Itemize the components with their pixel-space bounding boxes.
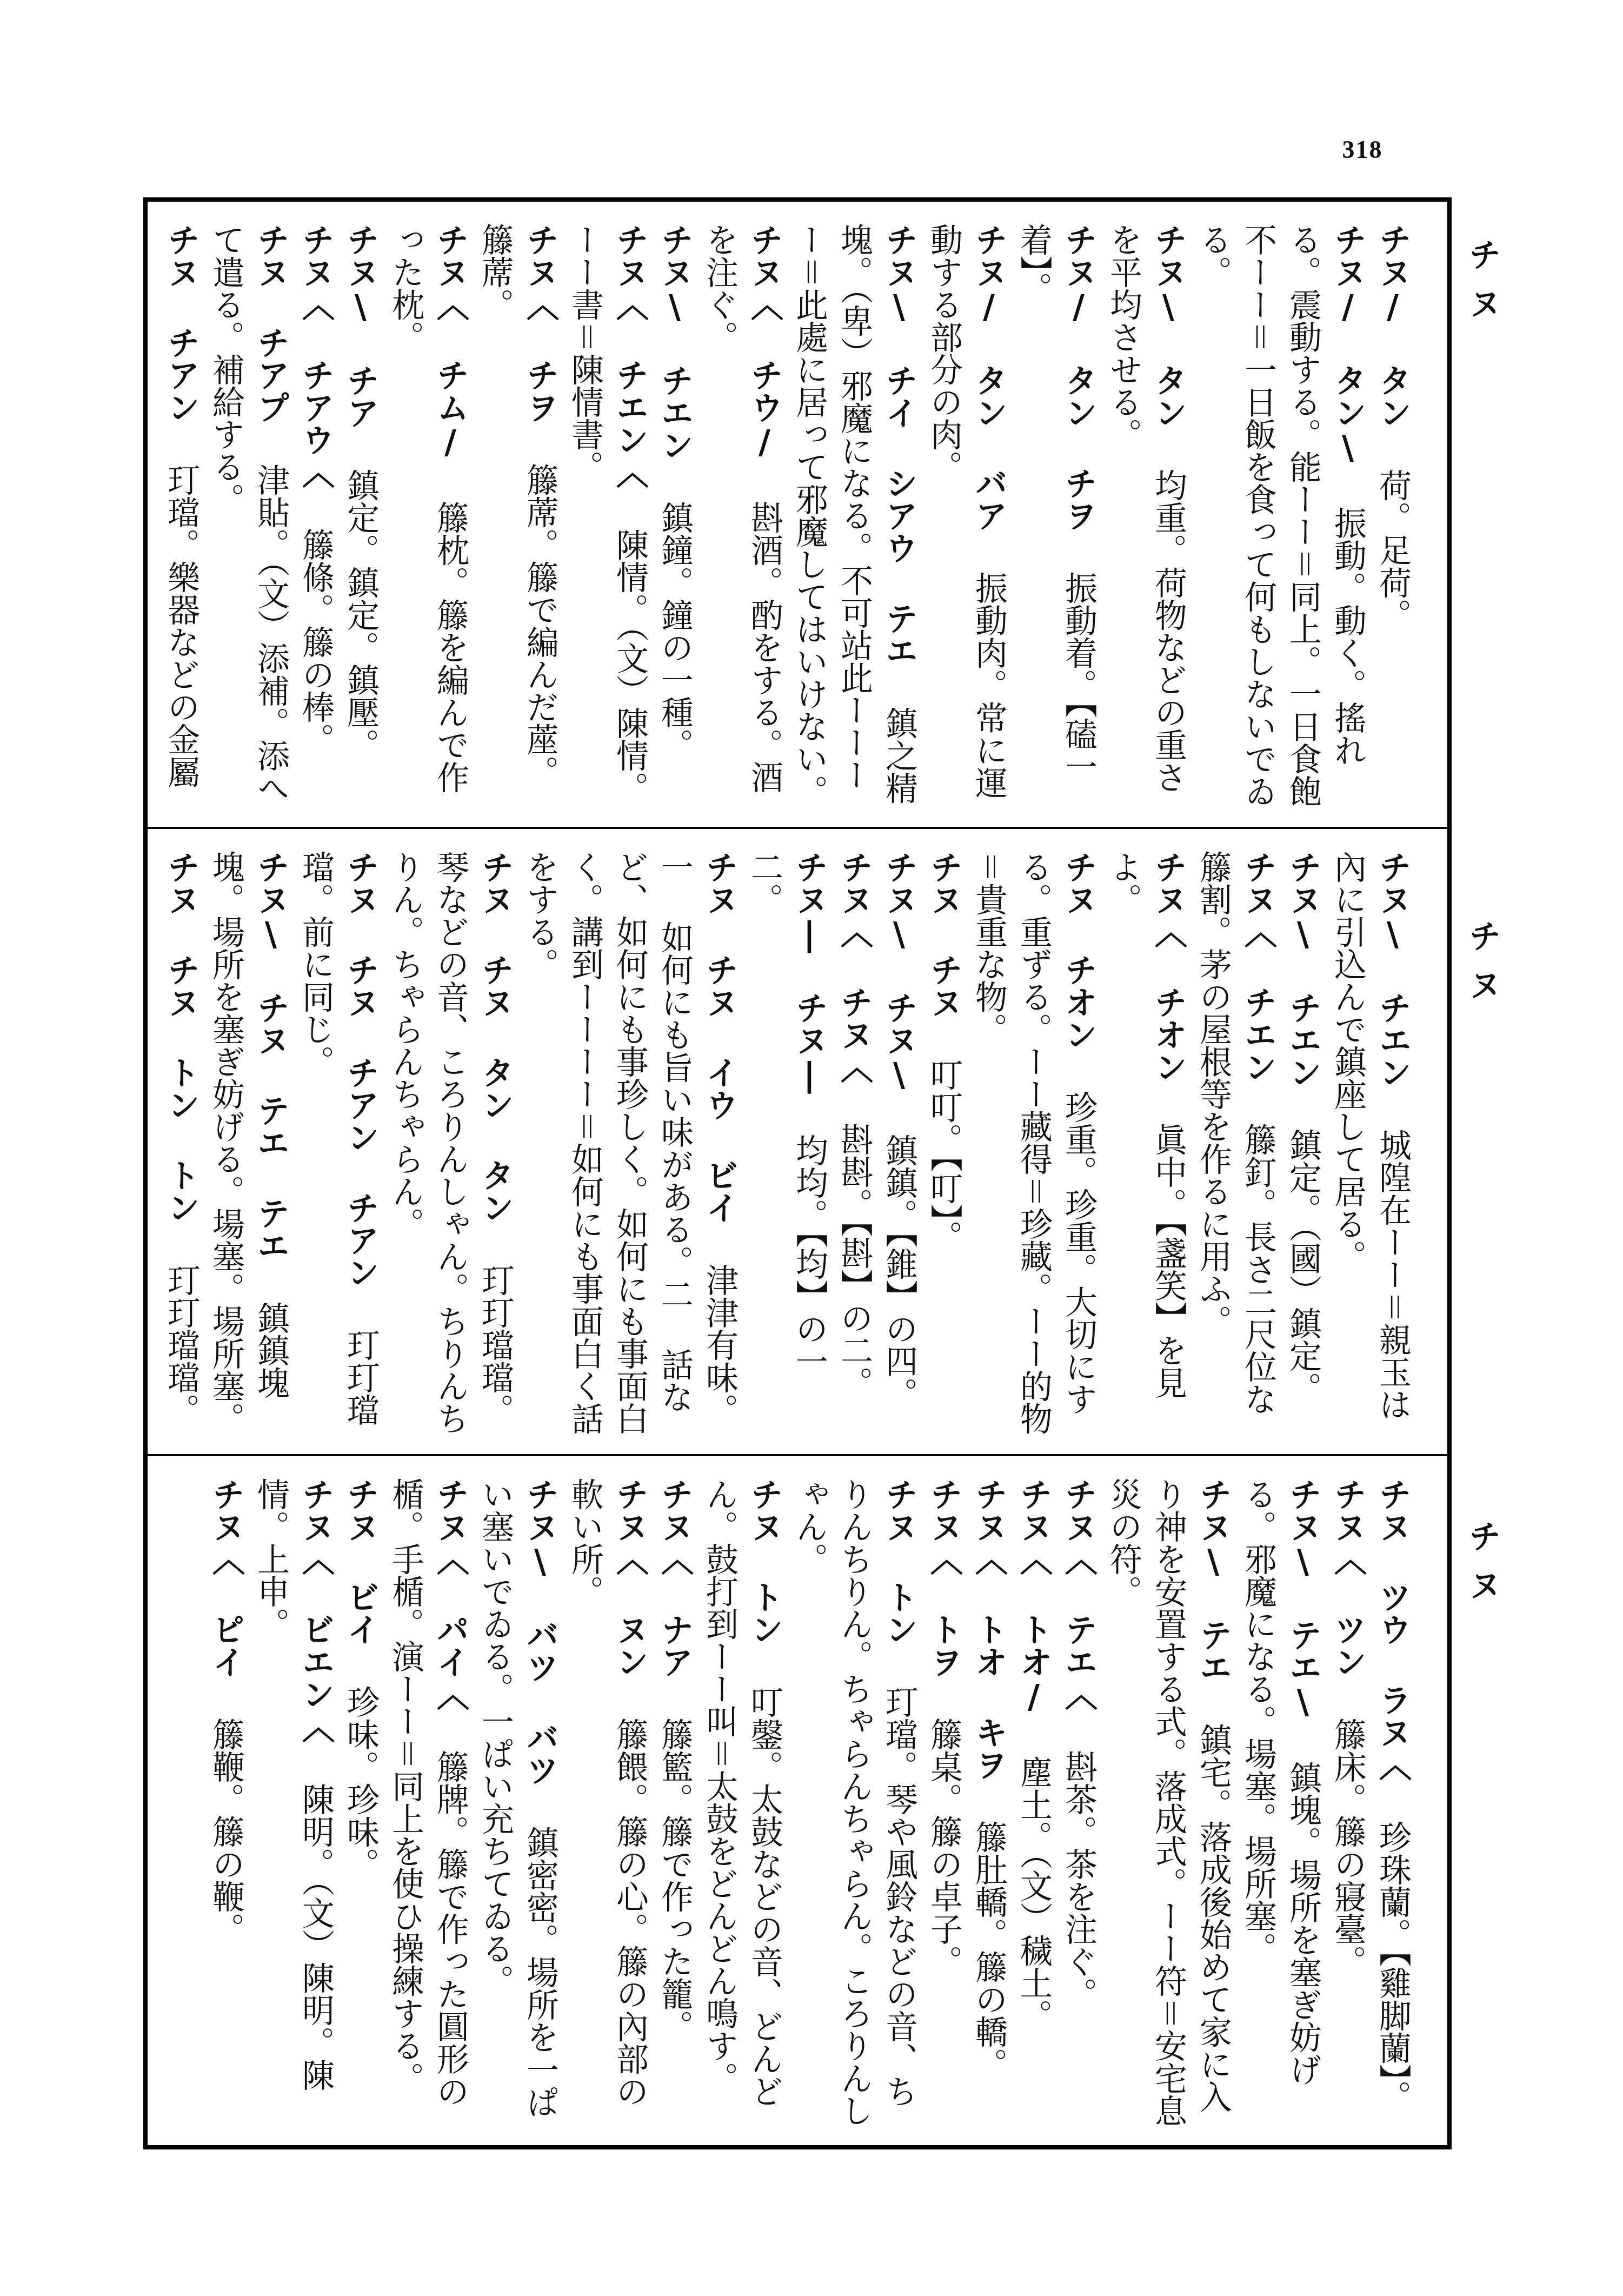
dictionary-entry: チヌ\ バツ バツ 鎮密密。場所を一ぱい塞いでゐる。一ぱい充ちてゐる。 [473,1478,562,2133]
entry-headword: チヌ〈 チエン [1239,851,1277,1083]
dictionary-entry: チヌ〈 チアウ〈 籐條。籐の棒。 [293,223,338,811]
dictionary-entry: チヌ〈 チエン〈 陳情。（文）陳情。ーー書＝陳情書。 [562,223,652,811]
entry-headword: チヌ〈 ツン [1329,1478,1367,1678]
entry-column-group: チヌ ツウ ラヌ〈 珍珠蘭。【雞脚蘭】。チヌ〈 ツン 籐床。籐の寢臺。チヌ\ テ… [169,1478,1415,2133]
entry-headword: チヌ ツウ ラヌ〈 [1374,1478,1412,1781]
entry-headword: チヌ/ タン バア [970,223,1008,532]
dictionary-entry: チヌ〈 チオン 眞中。【盞笑】を見よ。 [1101,851,1190,1438]
entry-definition: 珍味。珍味。 [342,1685,380,1880]
entry-definition: 塵土。（文）穢土。 [1015,1756,1053,2032]
dictionary-entry: チヌ〈 パイ〈 籐牌。籐で作った圓形の楯。手楯。演ーー＝同上を使ひ操練する。 [383,1478,473,2133]
entry-headword: チヌ チヌ [925,851,963,1018]
dictionary-entry: チヌ トン 叮鏧。太鼓などの音、どんどん。鼓打到ーー叫＝太鼓をどんどん鳴す。 [697,1478,787,2133]
margin-index-label: チヌ [1462,919,1506,1017]
entry-headword: チヌ\ チエン [1374,851,1412,1089]
margin-index-label: チヌ [1462,1519,1506,1617]
entry-definition: 籐肚轎。籐の轎。 [970,1821,1008,2080]
entry-headword: チヌ チアプ [252,223,290,423]
dictionary-entry: チヌ〈 ヌン 籐餵。籐の心。籐の內部の軟い所。 [562,1478,652,2133]
dictionary-entry: チヌ トン 玎璫。琴や風鈴などの音、ちりんちりん。ちゃらんちゃらん。ころりんしゃ… [787,1478,921,2133]
entry-definition: 籐鞭。籐の鞭。 [207,1718,245,1945]
entry-definition: 籐床。籐の寢臺。 [1329,1718,1367,1978]
entry-headword: チヌ〈 トヲ [925,1478,963,1678]
entry-definition: 叮叮。【叮】。 [925,1058,963,1253]
entry-headword: チヌ チヌ トン トン [169,851,200,1224]
entry-headword: チヌ\ バツ バツ [521,1478,559,1786]
entry-headword: チヌ\ チエン [1284,851,1322,1089]
entry-headword: チヌ\ チヌ テエ テエ [252,851,290,1262]
entry-headword: チヌ チオン [1060,851,1097,1051]
dictionary-entry: チヌ チヌ イウ ビイ 津津有味。一 如何にも旨い味がある。二 話など、如何にも… [517,851,742,1438]
entry-column-group: チヌ\ チエン 城隍在ーー＝親玉は內に引込んで鎮座して居る。チヌ\ チエン 鎮定… [169,851,1415,1438]
entry-definition: 斟茶。茶を注ぐ。 [1060,1750,1097,2010]
dictionary-entry: チヌ〈 チヲ 籐蓆。籐で編んだ蓙。籐蓆。 [473,223,562,811]
dictionary-entry: チヌ\ チエン 鎮定。（國）鎮定。 [1280,851,1325,1438]
entry-headword: チヌ〈 トオ キヲ [970,1478,1008,1781]
entry-headword: チヌ〈 ナア [656,1478,694,1678]
entry-definition: 籐條。籐の棒。 [297,528,335,755]
dictionary-entry: チヌ チヌ チアン チアン 玎玎璫璫。前に同じ。 [293,851,383,1438]
entry-headword: チヌ\ チエン [656,223,694,461]
dictionary-entry: チヌ チヌ 叮叮。【叮】。 [921,851,966,1438]
dictionary-entry: チヌ\ テエ\ 鎮塊。場所を塞ぎ妨げる。邪魔になる。場塞。場所塞。 [1235,1478,1325,2133]
dictionary-band-top: チヌ/ タン 荷。足荷。チヌ/ タン\ 振動。動く。搖れる。震動する。能ーー＝同… [148,202,1447,829]
dictionary-entry: チヌ\ チア 鎮定。鎮定。鎮壓。 [338,223,383,811]
dictionary-entry: チヌ〈 ナア 籐籃。籐で作った籠。 [652,1478,697,2133]
dictionary-entry: チヌ/ タン バア 振動肉。常に運動する部分の肉。 [921,223,1011,811]
dictionary-entry: チヌ\ チヌ テエ テエ 鎮鎮塊塊。場所を塞ぎ妨げる。場塞。場所塞。 [203,851,293,1438]
entry-headword: チヌ〈 チウ/ [746,223,783,461]
dictionary-entry: チヌ〈 テエ〈 斟茶。茶を注ぐ。 [1056,1478,1101,2133]
dictionary-entry: チヌ/ タン\ 振動。動く。搖れる。震動する。能ーー＝同上。一日食飽不ーー＝一日… [1190,223,1370,811]
dictionary-entry: チヌ〈 トヲ 籐桌。籐の卓子。 [921,1478,966,2133]
dictionary-entry: チヌ チオン 珍重。珍重。大切にする。重ずる。ーー藏得＝珍藏。ーー的物＝貴重な物… [966,851,1101,1438]
entry-headword: チヌ〈 チヌ〈 [835,851,873,1083]
dictionary-entry: チヌ チアプ 津貼。（文）添補。添へて遣る。補給する。 [203,223,293,811]
entry-headword: チヌ/ タン [1374,223,1412,429]
entry-headword: チヌ ビイ [342,1478,380,1645]
dictionary-entry: チヌ/ タン 荷。足荷。 [1370,223,1415,811]
dictionary-entry: チヌ\ テエ 鎮宅。落成後始めて家に入り神を安置する式。落成式。ーー符＝安宅息災… [1101,1478,1235,2133]
entry-headword: チヌ トン [880,1478,918,1645]
entry-headword: チヌ/ タン チヲ [1060,223,1097,532]
entry-headword: チヌ\ チヌ\ [880,851,918,1094]
entry-headword: チヌ〈 ピイ [207,1478,245,1678]
dictionary-entry: チヌ〈 ピイ 籐鞭。籐の鞭。 [203,1478,248,2133]
dictionary-entry: チヌ\ チヌ\ 鎮鎮。【錐】の四。 [876,851,921,1438]
entry-headword: チヌ〈 チエン〈 [611,223,649,488]
entry-definition: 籐桌。籐の卓子。 [925,1718,963,1978]
dictionary-entry: チヌ ビイ 珍味。珍味。 [338,1478,383,2133]
dictionary-frame: チヌ/ タン 荷。足荷。チヌ/ タン\ 振動。動く。搖れる。震動する。能ーー＝同… [143,197,1452,2149]
dictionary-entry: チヌ〈 ビエン〈 陳明。（文）陳明。陳情。上申。 [248,1478,338,2133]
entry-definition: 荷。足荷。 [1374,469,1412,631]
dictionary-entry: チヌ\ タン 均重。荷物などの重さを平均させる。 [1101,223,1190,811]
entry-definition: 鎮定。鎮定。鎮壓。 [342,469,380,761]
dictionary-entry: チヌ\ チエン 城隍在ーー＝親玉は內に引込んで鎮座して居る。 [1325,851,1415,1438]
entry-definition: 籐籃。籐で作った籠。 [656,1718,694,2042]
entry-headword: チヌ〈 チヲ [521,223,559,423]
entry-headword: チヌ/ タン\ [1329,223,1367,467]
dictionary-entry: チヌ〈 ツン 籐床。籐の寢臺。 [1325,1478,1370,2133]
entry-headword: チヌ〈 チオン [1149,851,1187,1083]
margin-index-label: チヌ [1462,238,1506,335]
dictionary-band-middle: チヌ\ チエン 城隍在ーー＝親玉は內に引込んで鎮座して居る。チヌ\ チエン 鎮定… [148,829,1447,1456]
entry-headword: チヌ〈 チム/ [431,223,469,461]
entry-headword: チヌ〈 チアウ〈 [297,223,335,488]
dictionary-entry: チヌ| チヌ| 均均。【均】の一二。 [742,851,832,1438]
entry-definition: 鎮定。（國）鎮定。 [1284,1129,1322,1404]
dictionary-entry: チヌ〈 チム/ 籐枕。籐を編んで作った枕。 [383,223,473,811]
dictionary-entry: チヌ〈 チヌ〈 斟斟。【斟】の二。 [832,851,876,1438]
entry-headword: チヌ チヌ タン タン [476,851,514,1224]
entry-headword: チヌ〈 ビエン〈 [297,1478,335,1743]
dictionary-entry: チヌ ツウ ラヌ〈 珍珠蘭。【雞脚蘭】。 [1370,1478,1415,2133]
dictionary-entry: チヌ〈 チウ/ 斟酒。酌をする。酒を注ぐ。 [697,223,787,811]
entry-definition: 鎮鎮。【錐】の四。 [880,1134,918,1410]
entry-headword: チヌ〈 パイ〈 [431,1478,469,1710]
entry-headword: チヌ\ テエ [1194,1478,1232,1683]
dictionary-entry: チヌ〈 チエン 籐釘。長さ二尺位な籐割。茅の屋根等を作るに用ふ。 [1190,851,1280,1438]
entry-headword: チヌ\ チア [342,223,380,429]
dictionary-entry: チヌ チヌ トン トン 玎玎璫璫。琴などの音、ころりんしゃん。ちりんちりん。ちゃ… [169,851,203,1438]
dictionary-entry: チヌ\ チエン 鎮鐘。鐘の一種。 [652,223,697,811]
dictionary-entry: チヌ/ タン チヲ 振動着。【磕一着】。 [1011,223,1101,811]
entry-headword: チヌ チヌ チアン チアン [342,851,380,1289]
entry-headword: チヌ\ タン [1149,223,1187,429]
entry-headword: チヌ\ テエ\ [1284,1478,1322,1721]
entry-headword: チヌ| チヌ| [790,851,828,1094]
dictionary-entry: チヌ〈 トオ キヲ 籐肚轎。籐の轎。 [966,1478,1011,2133]
entry-headword: チヌ〈 トオ/ [1015,1478,1053,1716]
entry-headword: チヌ\ チイ シアウ テエ [880,223,918,667]
entry-definition: 鎮鐘。鐘の一種。 [656,501,694,761]
entry-definition: 珍珠蘭。【雞脚蘭】。 [1374,1821,1412,2113]
entry-headword: チヌ トン [746,1478,783,1645]
entry-headword: チヌ チアン [169,223,200,423]
entry-headword: チヌ〈 ヌン [611,1478,649,1678]
dictionary-entry: チヌ チヌ タン タン 玎玎璫璫。琴などの音、ころりんしゃん。ちりんちりん。ちゃ… [383,851,517,1438]
dictionary-entry: チヌ チアン 玎璫。樂器などの金屬の相觸れる音。ちりんちりん。じゃんじゃん。 [169,223,203,811]
entry-column-group: チヌ/ タン 荷。足荷。チヌ/ タン\ 振動。動く。搖れる。震動する。能ーー＝同… [169,223,1415,811]
page-number: 318 [1319,135,1406,164]
entry-headword: チヌ〈 テエ〈 [1060,1478,1097,1710]
entry-definition: 斟斟。【斟】の二。 [835,1123,873,1399]
entry-headword: チヌ チヌ イウ ビイ [701,851,739,1224]
dictionary-entry: チヌ\ チイ シアウ テエ 鎮之精塊。（卑）邪魔になる。不可站此ーーーー＝此處に… [787,223,921,811]
dictionary-entry: チヌ〈 トオ/ 塵土。（文）穢土。 [1011,1478,1056,2133]
dictionary-band-bottom: チヌ ツウ ラヌ〈 珍珠蘭。【雞脚蘭】。チヌ〈 ツン 籐床。籐の寢臺。チヌ\ テ… [148,1456,1447,2149]
